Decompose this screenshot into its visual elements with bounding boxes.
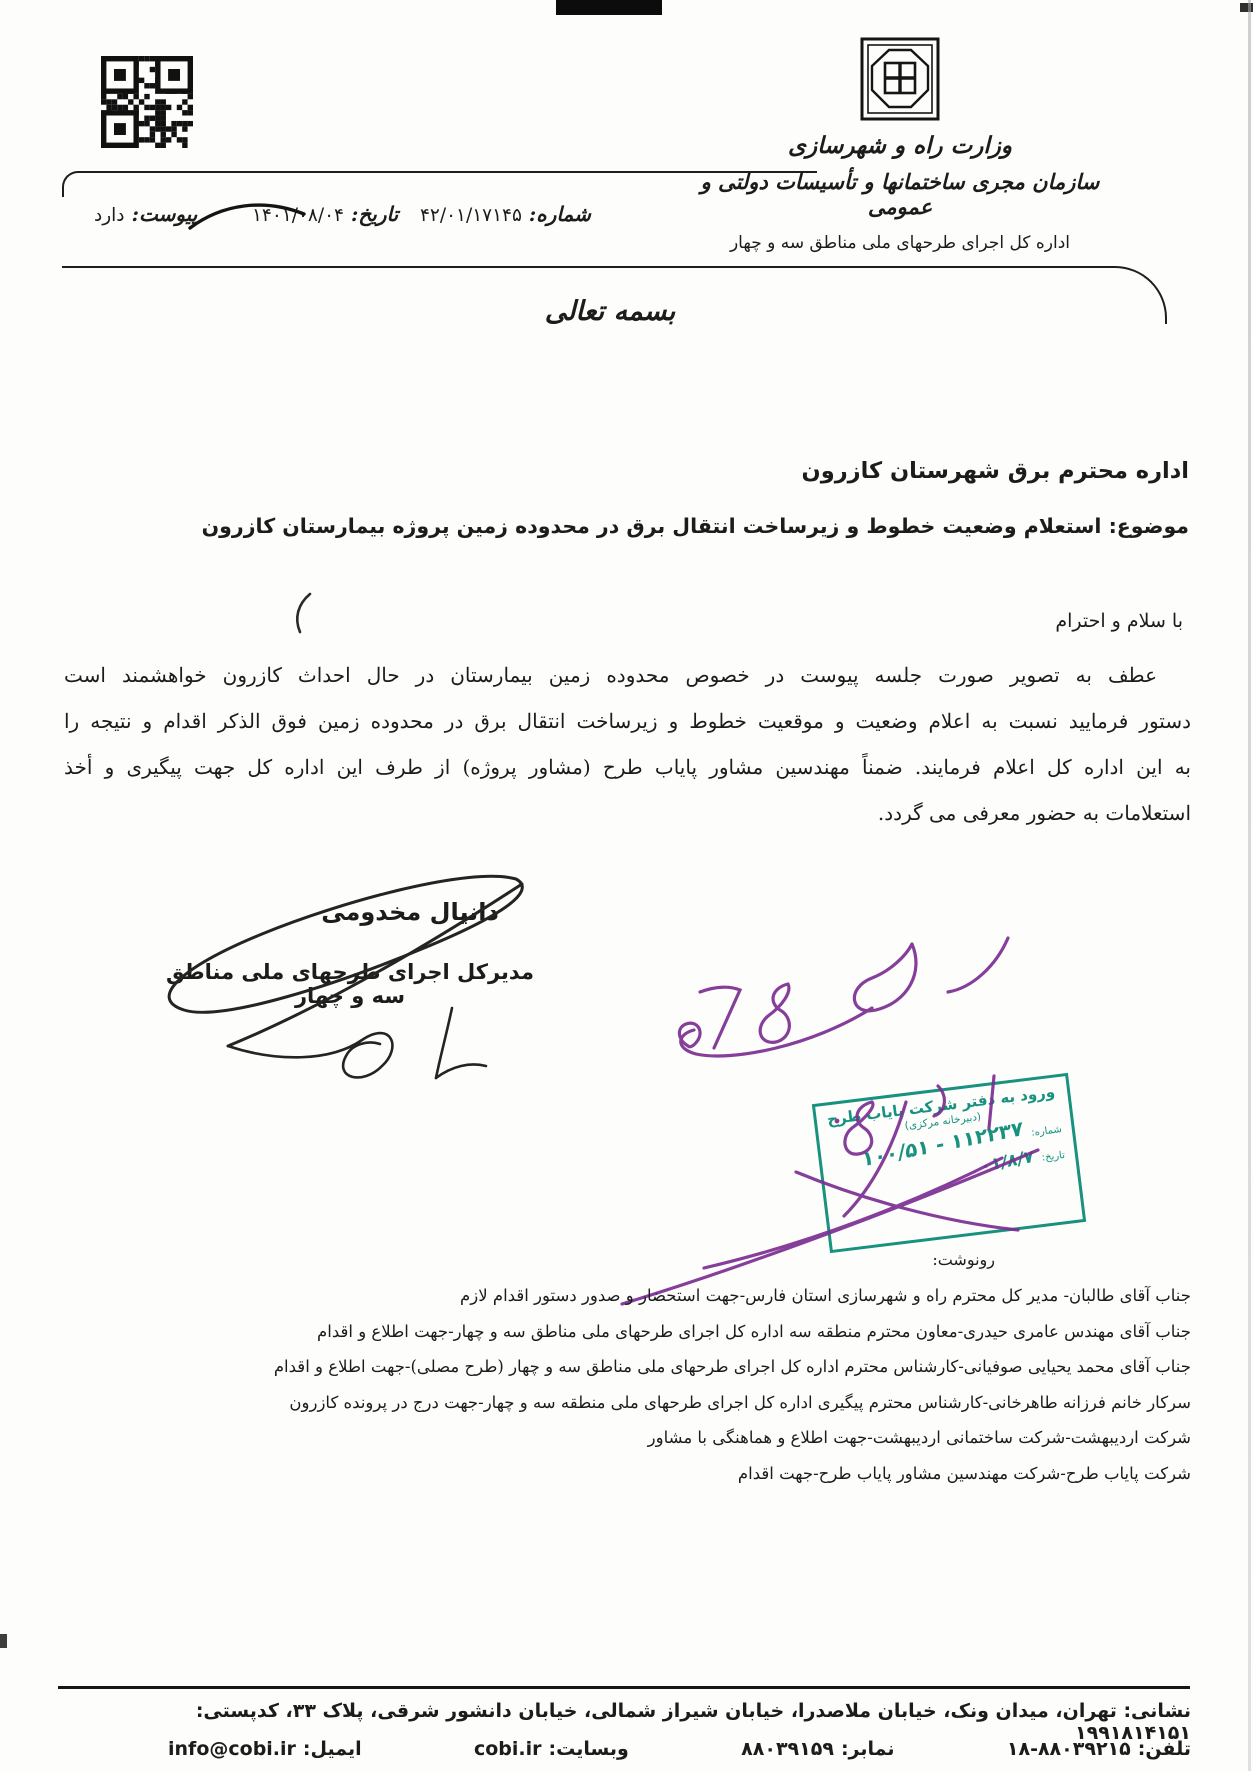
ref-attachment-value: دارد <box>94 205 125 226</box>
department-name: اداره کل اجرای طرحهای ملی مناطق سه و چها… <box>700 233 1100 253</box>
ref-date-label: تاریخ: <box>351 202 398 226</box>
signer-title: مدیرکل اجرای طرحهای ملی مناطق سه و چهار <box>148 960 552 1008</box>
recipient-line: اداره محترم برق شهرستان کازرون <box>802 458 1190 484</box>
body-line: به این اداره کل اعلام فرمایند. ضمناً مهن… <box>64 744 1191 790</box>
body-line: استعلامات به حضور معرفی می گردد. <box>64 790 1191 836</box>
signer-name: دانیال مخدومی <box>290 898 530 926</box>
ref-number-value: ۴۲/۰۱/۱۷۱۴۵ <box>420 205 522 226</box>
ref-date: تاریخ: ۱۴۰۱/۰۸/۰۴ <box>252 202 398 226</box>
footer-fax: نمابر: ۸۸۰۳۹۱۵۹ <box>741 1738 894 1760</box>
ref-attachment-label: پیوست: <box>132 202 198 226</box>
pen-mark <box>282 588 332 640</box>
footer-rule <box>58 1686 1190 1689</box>
scan-artifact-top-right <box>1240 3 1253 12</box>
cc-item: شرکت اردیبهشت-شرکت ساختمانی اردیبهشت-جهت… <box>100 1420 1191 1456</box>
subject-line: موضوع: استعلام وضعیت خطوط و زیرساخت انتق… <box>202 514 1189 538</box>
footer-phone-value: ۱۸-۸۸۰۳۹۲۱۵ <box>1007 1738 1131 1760</box>
letterhead: وزارت راه و شهرسازی سازمان مجری ساختمانه… <box>700 34 1100 253</box>
footer-website-value: cobi.ir <box>474 1738 542 1760</box>
ref-attachment: پیوست: دارد <box>94 202 197 226</box>
cc-item: سرکار خانم فرزانه طاهرخانی-کارشناس محترم… <box>100 1385 1191 1421</box>
ref-date-value: ۱۴۰۱/۰۸/۰۴ <box>252 205 344 226</box>
footer-phone-label: تلفن: <box>1138 1738 1191 1760</box>
cc-item: جناب آقای محمد یحیایی صوفیانی-کارشناس مح… <box>100 1349 1191 1385</box>
letter-body: عطف به تصویر صورت جلسه پیوست در خصوص محد… <box>64 652 1191 836</box>
ref-number: شماره: ۴۲/۰۱/۱۷۱۴۵ <box>420 202 591 226</box>
stamp-number-label: شماره: <box>1031 1124 1063 1139</box>
bismillah: بسمه تعالی <box>440 296 780 327</box>
scan-artifact-left-edge <box>0 1634 7 1648</box>
footer-fax-label: نمابر: <box>841 1738 895 1760</box>
scan-edge-shadow <box>1248 0 1251 1771</box>
footer-fax-value: ۸۸۰۳۹۱۵۹ <box>741 1738 834 1760</box>
cc-item: شرکت پایاب طرح-شرکت مهندسین مشاور پایاب … <box>100 1456 1191 1492</box>
secretariat-stamp: ورود به دفتر شرکت پایاب طرح (دبیرخانه مر… <box>812 1073 1086 1253</box>
letter-page: وزارت راه و شهرسازی سازمان مجری ساختمانه… <box>0 0 1253 1771</box>
footer-email-label: ایمیل: <box>303 1738 362 1760</box>
footer-email-value: info@cobi.ir <box>168 1738 296 1760</box>
salutation: با سلام و احترام <box>1055 610 1183 632</box>
body-line: عطف به تصویر صورت جلسه پیوست در خصوص محد… <box>64 652 1191 698</box>
cc-label: رونوشت: <box>932 1250 995 1269</box>
stamp-date-label: تاریخ: <box>1041 1149 1065 1163</box>
cc-item: جناب آقای مهندس عامری حیدری-معاون محترم … <box>100 1314 1191 1350</box>
body-line: دستور فرمایید نسبت به اعلام وضعیت و موقع… <box>64 698 1191 744</box>
footer-email: ایمیل: info@cobi.ir <box>168 1738 362 1760</box>
footer-website-label: وبسایت: <box>549 1738 629 1760</box>
cc-list: جناب آقای طالبان- مدیر کل محترم راه و شه… <box>100 1278 1191 1491</box>
ministry-emblem-icon <box>859 34 941 124</box>
footer-contacts: تلفن: ۱۸-۸۸۰۳۹۲۱۵ نمابر: ۸۸۰۳۹۱۵۹ وبسایت… <box>168 1738 1191 1760</box>
footer-website: وبسایت: cobi.ir <box>474 1738 629 1760</box>
stamp-date-value: ۰۱/۸/۷ <box>980 1147 1034 1177</box>
scan-artifact-top-bar <box>556 0 662 15</box>
ref-number-label: شماره: <box>529 202 591 226</box>
ministry-name: وزارت راه و شهرسازی <box>700 132 1100 159</box>
footer-phone: تلفن: ۱۸-۸۸۰۳۹۲۱۵ <box>1007 1738 1191 1760</box>
letterhead-rule-left <box>62 171 817 197</box>
qr-code <box>101 56 193 148</box>
cc-item: جناب آقای طالبان- مدیر کل محترم راه و شه… <box>100 1278 1191 1314</box>
